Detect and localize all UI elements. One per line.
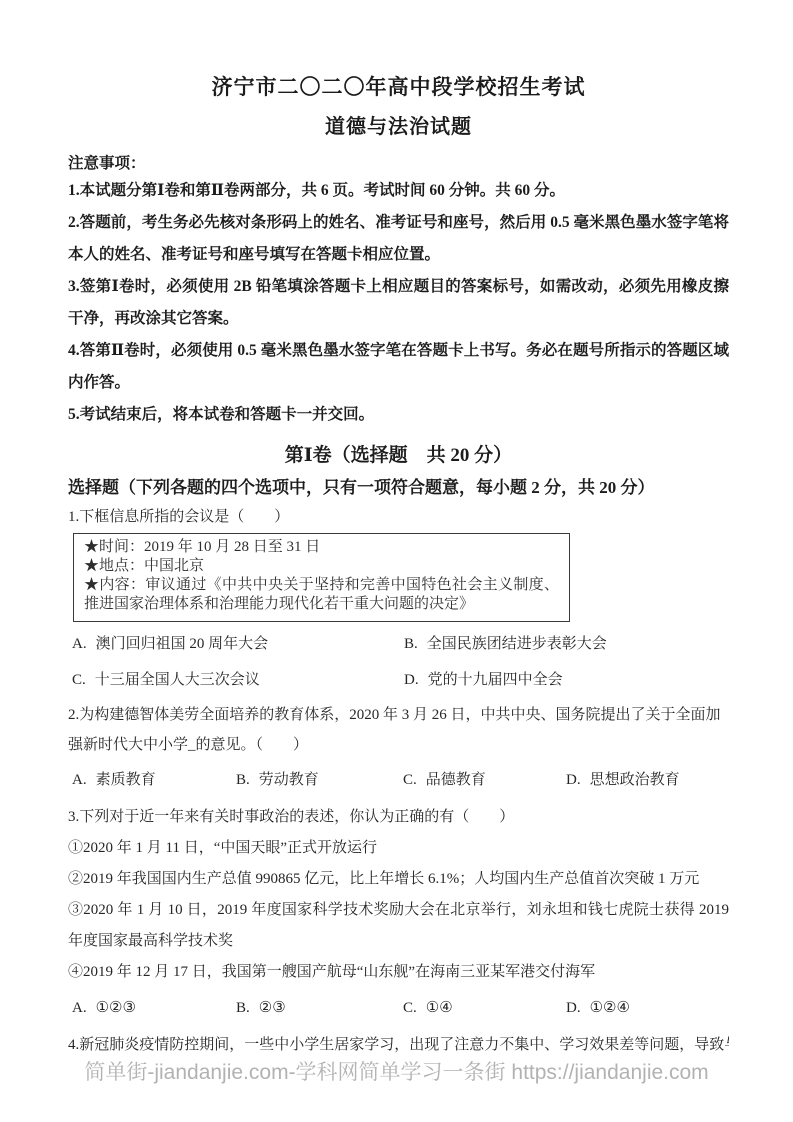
section-1-heading: 第Ⅰ卷（选择题 共 20 分） bbox=[68, 444, 729, 468]
option-label: A. bbox=[72, 998, 87, 1018]
info-box-line-place: ★地点：中国北京 bbox=[84, 557, 559, 576]
question-3-option-b: B.②③ bbox=[236, 998, 403, 1018]
question-1-option-b: B.全国民族团结进步表彰大会 bbox=[404, 634, 607, 654]
option-text: 全国民族团结进步表彰大会 bbox=[427, 636, 607, 652]
page-content: 济宁市二〇二〇年高中段学校招生考试 道德与法治试题 注意事项： 1.本试题分第Ⅰ… bbox=[0, 0, 793, 1055]
option-text: 十三届全国人大三次会议 bbox=[95, 672, 260, 688]
question-1-stem: 1.下框信息所指的会议是（ ） bbox=[68, 507, 729, 527]
option-text: ②③ bbox=[259, 1000, 286, 1016]
question-1-option-a: A.澳门回归祖国 20 周年大会 bbox=[72, 634, 404, 654]
question-2-option-c: C.品德教育 bbox=[403, 770, 566, 790]
question-3-statement-3: ③2020 年 1 月 10 日，2019 年度国家科学技术奖励大会在北京举行，… bbox=[68, 895, 729, 957]
option-text: 品德教育 bbox=[426, 772, 486, 788]
question-1-option-d: D.党的十九届四中全会 bbox=[404, 670, 563, 690]
option-label: A. bbox=[72, 770, 87, 790]
question-1-options-row-2: C.十三届全国人大三次会议 D.党的十九届四中全会 bbox=[72, 670, 729, 690]
question-2-stem: 2.为构建德智体美劳全面培养的教育体系，2020 年 3 月 26 日，中共中央… bbox=[68, 700, 729, 760]
option-label: B. bbox=[236, 770, 250, 790]
question-3-option-a: A.①②③ bbox=[72, 998, 236, 1018]
question-3-statement-1: ①2020 年 1 月 11 日，“中国天眼”正式开放运行 bbox=[68, 833, 729, 864]
question-2-option-b: B.劳动教育 bbox=[236, 770, 403, 790]
question-2-option-a: A.素质教育 bbox=[72, 770, 236, 790]
question-3-stem: 3.下列对于近一年来有关时事政治的表述，你认为正确的有（ ） bbox=[68, 802, 729, 833]
notice-list: 1.本试题分第Ⅰ卷和第Ⅱ卷两部分，共 6 页。考试时间 60 分钟。共 60 分… bbox=[68, 175, 729, 431]
option-label: B. bbox=[404, 634, 418, 654]
exam-title: 济宁市二〇二〇年高中段学校招生考试 bbox=[68, 74, 729, 100]
question-1-option-c: C.十三届全国人大三次会议 bbox=[72, 670, 404, 690]
question-3-option-d: D.①②④ bbox=[566, 998, 630, 1018]
info-box-line-time: ★时间：2019 年 10 月 28 日至 31 日 bbox=[84, 538, 559, 557]
info-box-line-content: ★内容：审议通过《中共中央关于坚持和完善中国特色社会主义制度、推进国家治理体系和… bbox=[84, 576, 559, 614]
question-3-option-c: C.①④ bbox=[403, 998, 566, 1018]
notice-heading: 注意事项： bbox=[68, 153, 729, 175]
option-label: B. bbox=[236, 998, 250, 1018]
question-1-info-box: ★时间：2019 年 10 月 28 日至 31 日 ★地点：中国北京 ★内容：… bbox=[73, 533, 570, 622]
option-text: ①④ bbox=[426, 1000, 453, 1016]
notice-item-4: 4.答第Ⅱ卷时，必须使用 0.5 毫米黑色墨水签字笔在答题卡上书写。务必在题号所… bbox=[68, 335, 729, 399]
option-label: C. bbox=[403, 998, 417, 1018]
footer-watermark: 简单街-jiandanjie.com-学科网简单学习一条街 https://ji… bbox=[0, 1060, 793, 1086]
question-3-statement-2: ②2019 年我国国内生产总值 990865 亿元，比上年增长 6.1%；人均国… bbox=[68, 864, 729, 895]
question-3-statements: ①2020 年 1 月 11 日，“中国天眼”正式开放运行 ②2019 年我国国… bbox=[68, 833, 729, 988]
exam-subtitle: 道德与法治试题 bbox=[68, 115, 729, 140]
option-label: A. bbox=[72, 634, 87, 654]
question-2-options-row: A.素质教育 B.劳动教育 C.品德教育 D.思想政治教育 bbox=[72, 770, 729, 790]
question-3-options-row: A.①②③ B.②③ C.①④ D.①②④ bbox=[72, 998, 729, 1018]
option-text: 澳门回归祖国 20 周年大会 bbox=[96, 636, 269, 652]
section-1-instruction: 选择题（下列各题的四个选项中，只有一项符合题意，每小题 2 分，共 20 分） bbox=[68, 477, 729, 499]
question-4-stem: 4.新冠肺炎疫情防控期间，一些中小学生居家学习，出现了注意力不集中、学习效果差等… bbox=[68, 1035, 729, 1055]
notice-item-5: 5.考试结束后，将本试卷和答题卡一并交回。 bbox=[68, 399, 729, 431]
option-label: C. bbox=[403, 770, 417, 790]
option-label: D. bbox=[404, 670, 419, 690]
exam-paper-page: 济宁市二〇二〇年高中段学校招生考试 道德与法治试题 注意事项： 1.本试题分第Ⅰ… bbox=[0, 0, 793, 1122]
option-label: C. bbox=[72, 670, 86, 690]
option-label: D. bbox=[566, 770, 581, 790]
option-text: ①②③ bbox=[96, 1000, 136, 1016]
notice-item-1: 1.本试题分第Ⅰ卷和第Ⅱ卷两部分，共 6 页。考试时间 60 分钟。共 60 分… bbox=[68, 175, 729, 207]
option-text: 思想政治教育 bbox=[590, 772, 680, 788]
notice-item-3: 3.签第Ⅰ卷时，必须使用 2B 铅笔填涂答题卡上相应题目的答案标号，如需改动，必… bbox=[68, 271, 729, 335]
question-1-options-row-1: A.澳门回归祖国 20 周年大会 B.全国民族团结进步表彰大会 bbox=[72, 634, 729, 654]
option-text: 劳动教育 bbox=[259, 772, 319, 788]
option-label: D. bbox=[566, 998, 581, 1018]
question-3-statement-4: ④2019 年 12 月 17 日，我国第一艘国产航母“山东舰”在海南三亚某军港… bbox=[68, 957, 729, 988]
option-text: 党的十九届四中全会 bbox=[428, 672, 563, 688]
option-text: ①②④ bbox=[590, 1000, 630, 1016]
question-2-option-d: D.思想政治教育 bbox=[566, 770, 680, 790]
notice-item-2: 2.答题前，考生务必先核对条形码上的姓名、准考证号和座号，然后用 0.5 毫米黑… bbox=[68, 207, 729, 271]
option-text: 素质教育 bbox=[96, 772, 156, 788]
